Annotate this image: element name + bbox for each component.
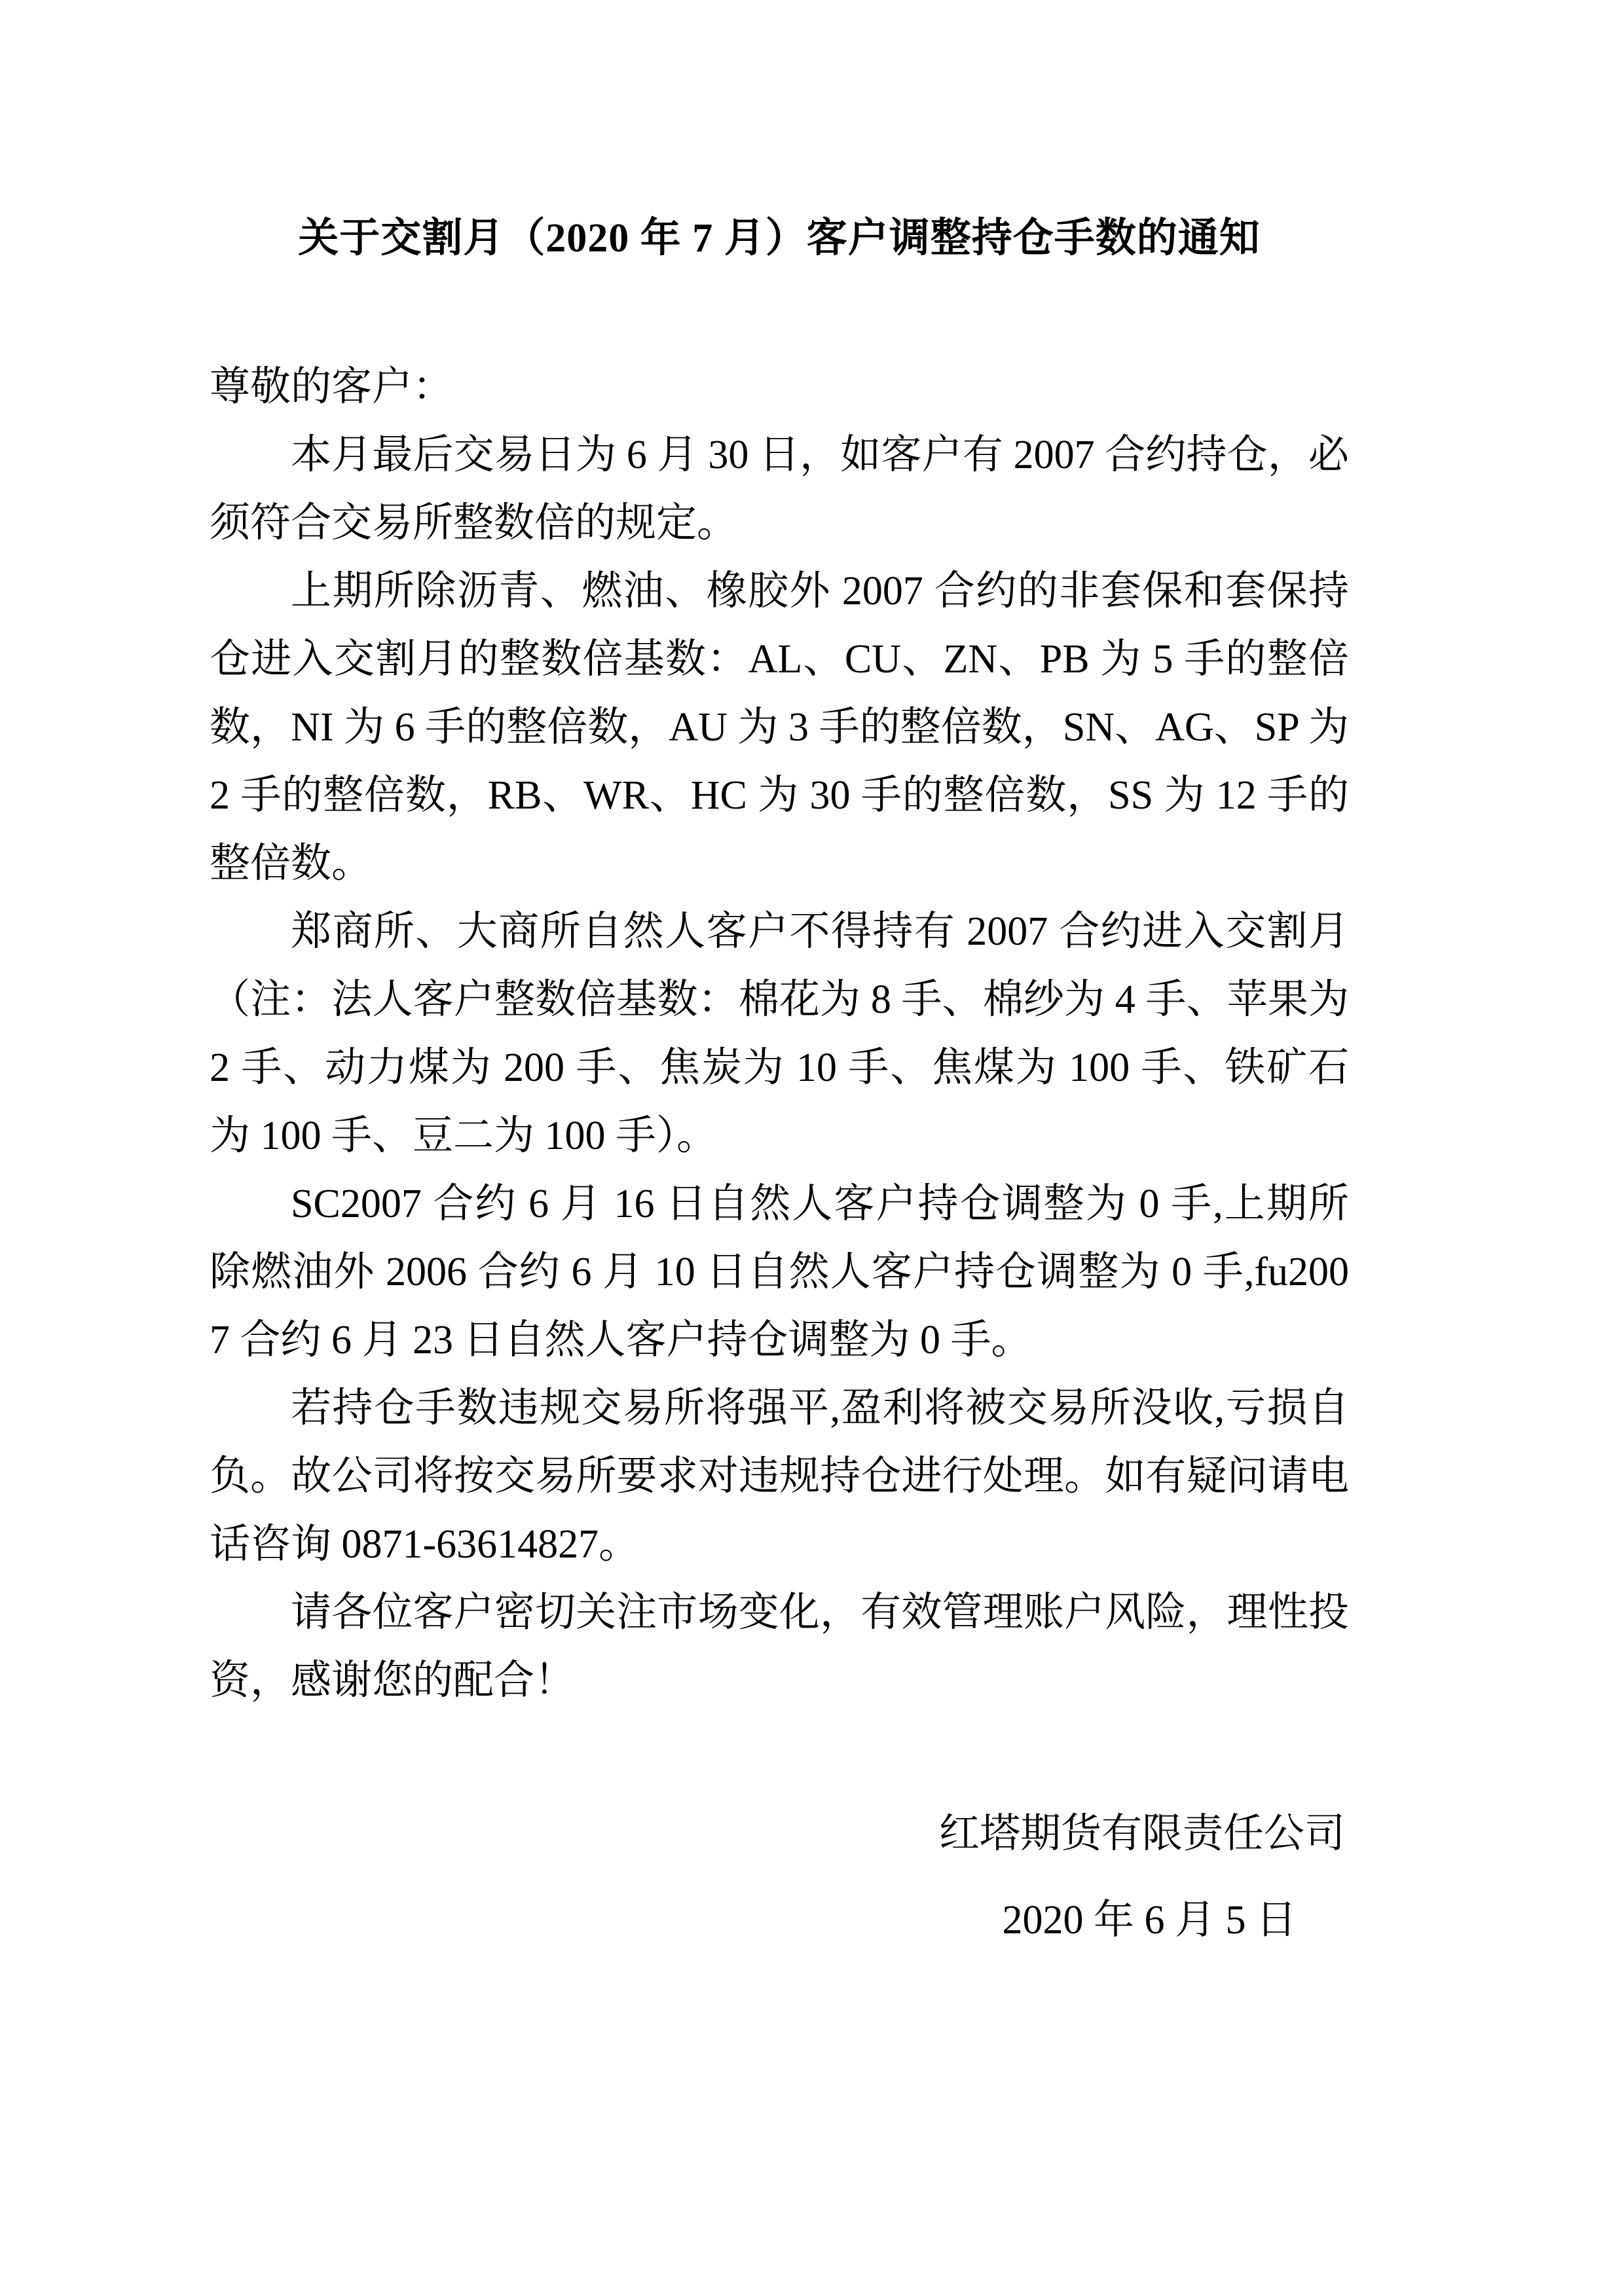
paragraph-shfe-integer-multiples: 上期所除沥青、燃油、橡胶外 2007 合约的非套保和套保持仓进入交割月的整数倍基… (210, 557, 1349, 898)
paragraph-czce-dce-rules: 郑商所、大商所自然人客户不得持有 2007 合约进入交割月（注：法人客户整数倍基… (210, 898, 1349, 1170)
paragraph-position-adjustment-dates: SC2007 合约 6 月 16 日自然人客户持仓调整为 0 手,上期所除燃油外… (210, 1170, 1349, 1374)
salutation-line: 尊敬的客户： (210, 353, 1349, 421)
signature-block: 红塔期货有限责任公司 2020 年 6 月 5 日 (210, 1800, 1349, 1954)
paragraph-violation-handling: 若持仓手数违规交易所将强平,盈利将被交易所没收,亏损自负。故公司将按交易所要求对… (210, 1374, 1349, 1578)
document-content: 关于交割月（2020 年 7 月）客户调整持仓手数的通知 尊敬的客户： 本月最后… (210, 0, 1349, 1954)
paragraph-closing-remarks: 请各位客户密切关注市场变化，有效管理账户风险，理性投资，感谢您的配合！ (210, 1578, 1349, 1715)
document-title: 关于交割月（2020 年 7 月）客户调整持仓手数的通知 (210, 204, 1349, 272)
notice-document-page: 关于交割月（2020 年 7 月）客户调整持仓手数的通知 尊敬的客户： 本月最后… (0, 0, 1624, 2296)
signature-date: 2020 年 6 月 5 日 (210, 1886, 1349, 1954)
signature-company-name: 红塔期货有限责任公司 (210, 1800, 1349, 1868)
paragraph-last-trading-day: 本月最后交易日为 6 月 30 日，如客户有 2007 合约持仓，必须符合交易所… (210, 421, 1349, 557)
